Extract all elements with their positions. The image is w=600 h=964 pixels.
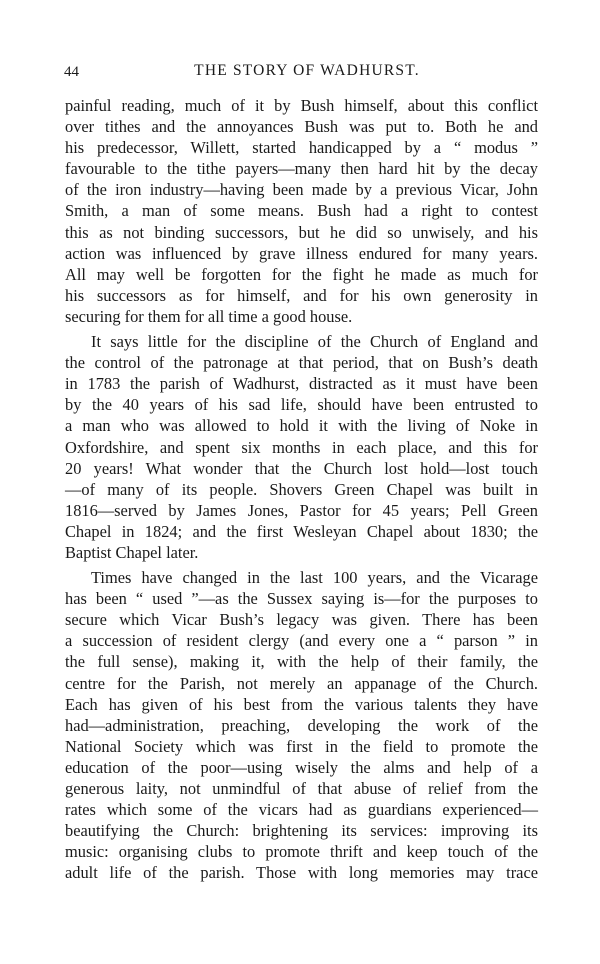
text-line: Times have changed in the last 100 years… xyxy=(65,567,538,588)
text-line: the full sense), making it, with the hel… xyxy=(65,651,538,672)
text-line: 1816—served by James Jones, Pastor for 4… xyxy=(65,500,538,521)
text-line: All may well be forgotten for the fight … xyxy=(65,264,538,285)
text-line: this as not binding successors, but he d… xyxy=(65,222,538,243)
text-line: had—administration, preaching, developin… xyxy=(65,715,538,736)
text-line: over tithes and the annoyances Bush was … xyxy=(65,116,538,137)
text-line: favourable to the tithe payers—many then… xyxy=(65,158,538,179)
text-line: Oxfordshire, and spent six months in eac… xyxy=(65,437,538,458)
text-line: his predecessor, Willett, started handic… xyxy=(65,137,538,158)
text-line: rates which some of the vicars had as gu… xyxy=(65,799,538,820)
text-line: his successors as for himself, and for h… xyxy=(65,285,538,306)
text-line: by the 40 years of his sad life, should … xyxy=(65,394,538,415)
text-line: music: organising clubs to promote thrif… xyxy=(65,841,538,862)
text-line: painful reading, much of it by Bush hims… xyxy=(65,95,538,116)
text-line: the control of the patronage at that per… xyxy=(65,352,538,373)
text-line: beautifying the Church: brightening its … xyxy=(65,820,538,841)
text-line: a succession of resident clergy (and eve… xyxy=(65,630,538,651)
paragraph-2: It says little for the discipline of the… xyxy=(65,331,538,563)
text-line: securing for them for all time a good ho… xyxy=(65,306,538,327)
text-line: Baptist Chapel later. xyxy=(65,542,538,563)
text-line: It says little for the discipline of the… xyxy=(65,331,538,352)
text-line: centre for the Parish, not merely an app… xyxy=(65,673,538,694)
paragraph-1: painful reading, much of it by Bush hims… xyxy=(65,95,538,327)
text-line: 20 years! What wonder that the Church lo… xyxy=(65,458,538,479)
text-line: has been “ used ”—as the Sussex saying i… xyxy=(65,588,538,609)
running-title: THE STORY OF WADHURST. xyxy=(64,62,540,80)
paragraph-3: Times have changed in the last 100 years… xyxy=(65,567,538,883)
text-line: Chapel in 1824; and the first Wesleyan C… xyxy=(65,521,538,542)
text-line: in 1783 the parish of Wadhurst, distract… xyxy=(65,373,538,394)
text-line: Each has given of his best from the vari… xyxy=(65,694,538,715)
text-line: National Society which was first in the … xyxy=(65,736,538,757)
text-line: generous laity, not unmindful of that ab… xyxy=(65,778,538,799)
body-text: painful reading, much of it by Bush hims… xyxy=(65,95,538,887)
book-page: 44 THE STORY OF WADHURST. painful readin… xyxy=(0,0,600,964)
text-line: a man who was allowed to hold it with th… xyxy=(65,415,538,436)
text-line: of the iron industry—having been made by… xyxy=(65,179,538,200)
text-line: secure which Vicar Bush’s legacy was giv… xyxy=(65,609,538,630)
text-line: Smith, a man of some means. Bush had a r… xyxy=(65,200,538,221)
text-line: adult life of the parish. Those with lon… xyxy=(65,862,538,883)
page-header: 44 THE STORY OF WADHURST. xyxy=(64,62,540,86)
text-line: action was influenced by grave illness e… xyxy=(65,243,538,264)
text-line: education of the poor—using wisely the a… xyxy=(65,757,538,778)
text-line: —of many of its people. Shovers Green Ch… xyxy=(65,479,538,500)
